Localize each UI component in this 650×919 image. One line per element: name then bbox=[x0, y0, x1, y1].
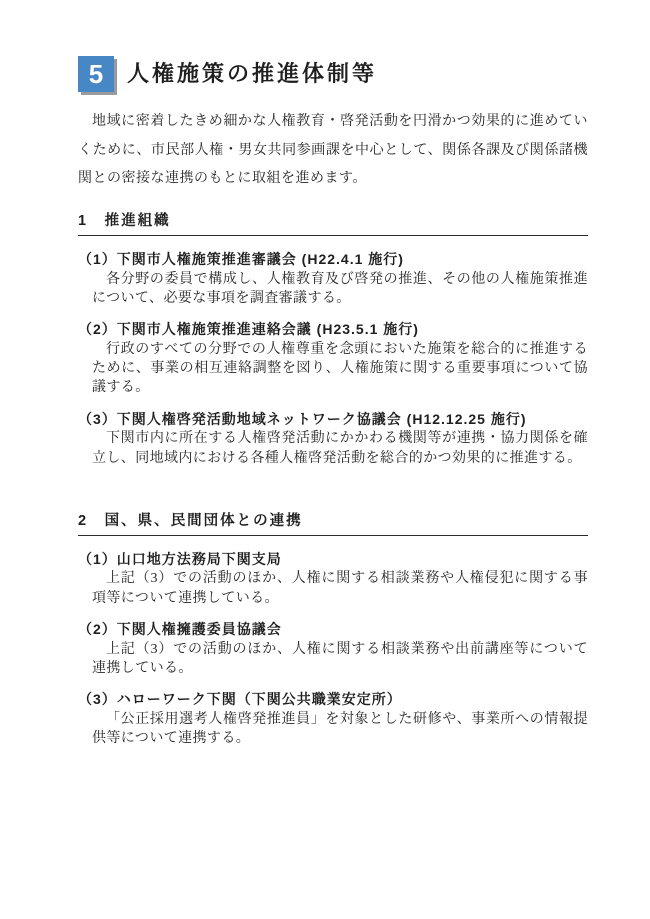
section-heading-1: 1 推進組織 bbox=[78, 212, 588, 236]
item-title: （3）ハローワーク下関（下関公共職業安定所） bbox=[78, 690, 588, 710]
list-item: （1）山口地方法務局下関支局 上記（3）での活動のほか、人権に関する相談業務や人… bbox=[78, 550, 588, 608]
list-item: （1）下関市人権施策推進審議会 (H22.4.1 施行) 各分野の委員で構成し、… bbox=[78, 250, 588, 308]
item-body: 上記（3）での活動のほか、人権に関する相談業務や人権侵犯に関する事項等について連… bbox=[78, 569, 588, 608]
section-promotion-organization: 1 推進組織 （1）下関市人権施策推進審議会 (H22.4.1 施行) 各分野の… bbox=[78, 212, 588, 468]
item-title: （3）下関人権啓発活動地域ネットワーク協議会 (H12.12.25 施行) bbox=[78, 410, 588, 430]
item-title: （1）下関市人権施策推進審議会 (H22.4.1 施行) bbox=[78, 250, 588, 270]
section-cooperation: 2 国、県、民間団体との連携 （1）山口地方法務局下関支局 上記（3）での活動の… bbox=[78, 512, 588, 749]
list-item: （2）下関人権擁護委員協議会 上記（3）での活動のほか、人権に関する相談業務や出… bbox=[78, 620, 588, 678]
item-title: （1）山口地方法務局下関支局 bbox=[78, 550, 588, 570]
intro-paragraph: 地域に密着したきめ細かな人権教育・啓発活動を円滑かつ効果的に進めていくために、市… bbox=[78, 108, 588, 194]
item-body: 行政のすべての分野での人権尊重を念頭においた施策を総合的に推進するために、事業の… bbox=[78, 340, 588, 398]
item-body: 下関市内に所在する人権啓発活動にかかわる機関等が連携・協力関係を確立し、同地域内… bbox=[78, 429, 588, 468]
chapter-header: 5 人権施策の推進体制等 bbox=[78, 56, 588, 92]
document-page: 5 人権施策の推進体制等 地域に密着したきめ細かな人権教育・啓発活動を円滑かつ効… bbox=[0, 0, 650, 919]
item-title: （2）下関人権擁護委員協議会 bbox=[78, 620, 588, 640]
section-heading-2: 2 国、県、民間団体との連携 bbox=[78, 512, 588, 536]
chapter-title: 人権施策の推進体制等 bbox=[127, 60, 377, 88]
item-body: 各分野の委員で構成し、人権教育及び啓発の推進、その他の人権施策推進について、必要… bbox=[78, 270, 588, 309]
list-item: （2）下関市人権施策推進連絡会議 (H23.5.1 施行) 行政のすべての分野で… bbox=[78, 320, 588, 398]
item-body: 「公正採用選考人権啓発推進員」を対象とした研修や、事業所への情報提供等について連… bbox=[78, 710, 588, 749]
list-item: （3）下関人権啓発活動地域ネットワーク協議会 (H12.12.25 施行) 下関… bbox=[78, 410, 588, 468]
chapter-number-badge: 5 bbox=[78, 56, 114, 92]
item-body: 上記（3）での活動のほか、人権に関する相談業務や出前講座等について連携している。 bbox=[78, 640, 588, 679]
list-item: （3）ハローワーク下関（下関公共職業安定所） 「公正採用選考人権啓発推進員」を対… bbox=[78, 690, 588, 748]
item-title: （2）下関市人権施策推進連絡会議 (H23.5.1 施行) bbox=[78, 320, 588, 340]
